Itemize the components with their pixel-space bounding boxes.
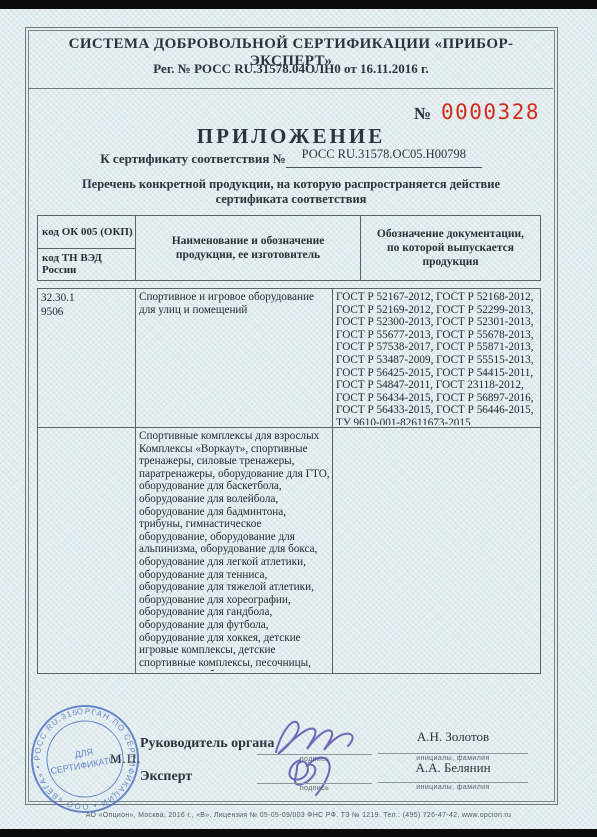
printer-fine-print: АО «Опцион», Москва, 2016 г., «В». Лицен… [0, 812, 597, 819]
table-row-2-product: Спортивные комплексы для взрослых Компле… [139, 430, 330, 671]
header-documentation-column: Обозначение документации, по которой вып… [361, 216, 540, 280]
table-body: 32.30.1 9506 Спортивное и игровое оборуд… [37, 288, 541, 674]
scan-edge-bottom [0, 829, 597, 837]
form-number-prefix: № [414, 104, 431, 123]
stamp-center-line1: ДЛЯ [74, 747, 94, 760]
expert-name-caption: инициалы, фамилия [378, 783, 528, 791]
page-title: ПРИЛОЖЕНИЕ [31, 124, 551, 149]
certificate-label: К сертификату соответствия № [100, 151, 286, 166]
row-1-code-tnved: 9506 [41, 305, 133, 319]
head-role-label: Руководитель органа [140, 736, 274, 752]
expert-role-label: Эксперт [140, 769, 192, 785]
table-row-1-documentation: ГОСТ Р 52167-2012, ГОСТ Р 52168-2012, ГО… [336, 291, 536, 425]
table-header: код ОК 005 (ОКП) код ТН ВЭД России Наиме… [37, 215, 541, 281]
expert-name: А.А. Белянин [378, 760, 528, 776]
certificate-number-field: РОСС RU.31578.ОС05.Н00798 [286, 151, 482, 168]
header-divider [28, 88, 553, 89]
row-1-code-okp: 32.30.1 [41, 291, 133, 305]
header-code-okp: код ОК 005 (ОКП) [38, 216, 135, 249]
row-divider [38, 427, 540, 428]
expert-signature-caption: подпись [257, 784, 372, 792]
appendix-subtitle: Перечень конкретной продукции, на котору… [56, 177, 526, 207]
form-number-value: 0000328 [441, 100, 540, 124]
mp-seal-placeholder: М.П. [110, 751, 141, 767]
certificate-appendix-page: СИСТЕМА ДОБРОВОЛЬНОЙ СЕРТИФИКАЦИИ «ПРИБО… [0, 0, 597, 837]
header-product-column: Наименование и обозначение продукции, ее… [136, 216, 361, 280]
head-name: А.Н. Золотов [378, 729, 528, 745]
table-header-codes-column: код ОК 005 (ОКП) код ТН ВЭД России [38, 216, 136, 280]
form-number: №0000328 [300, 100, 540, 124]
certificate-number: РОСС RU.31578.ОС05.Н00798 [302, 147, 466, 162]
certificate-reference-line: К сертификату соответствия №РОСС RU.3157… [31, 151, 551, 168]
scan-edge-top [0, 0, 597, 9]
table-row-1-codes: 32.30.1 9506 [41, 291, 133, 425]
column-divider-1 [135, 289, 136, 673]
header-code-tnved: код ТН ВЭД России [38, 249, 135, 281]
registration-number-line: Рег. № РОСС RU.31578.04ОЛН0 от 16.11.201… [31, 61, 551, 77]
expert-name-line: инициалы, фамилия [378, 782, 528, 791]
expert-signature-line: подпись [257, 783, 372, 792]
column-divider-2 [332, 289, 333, 673]
table-row-1-product: Спортивное и игровое оборудование для ул… [139, 291, 329, 425]
